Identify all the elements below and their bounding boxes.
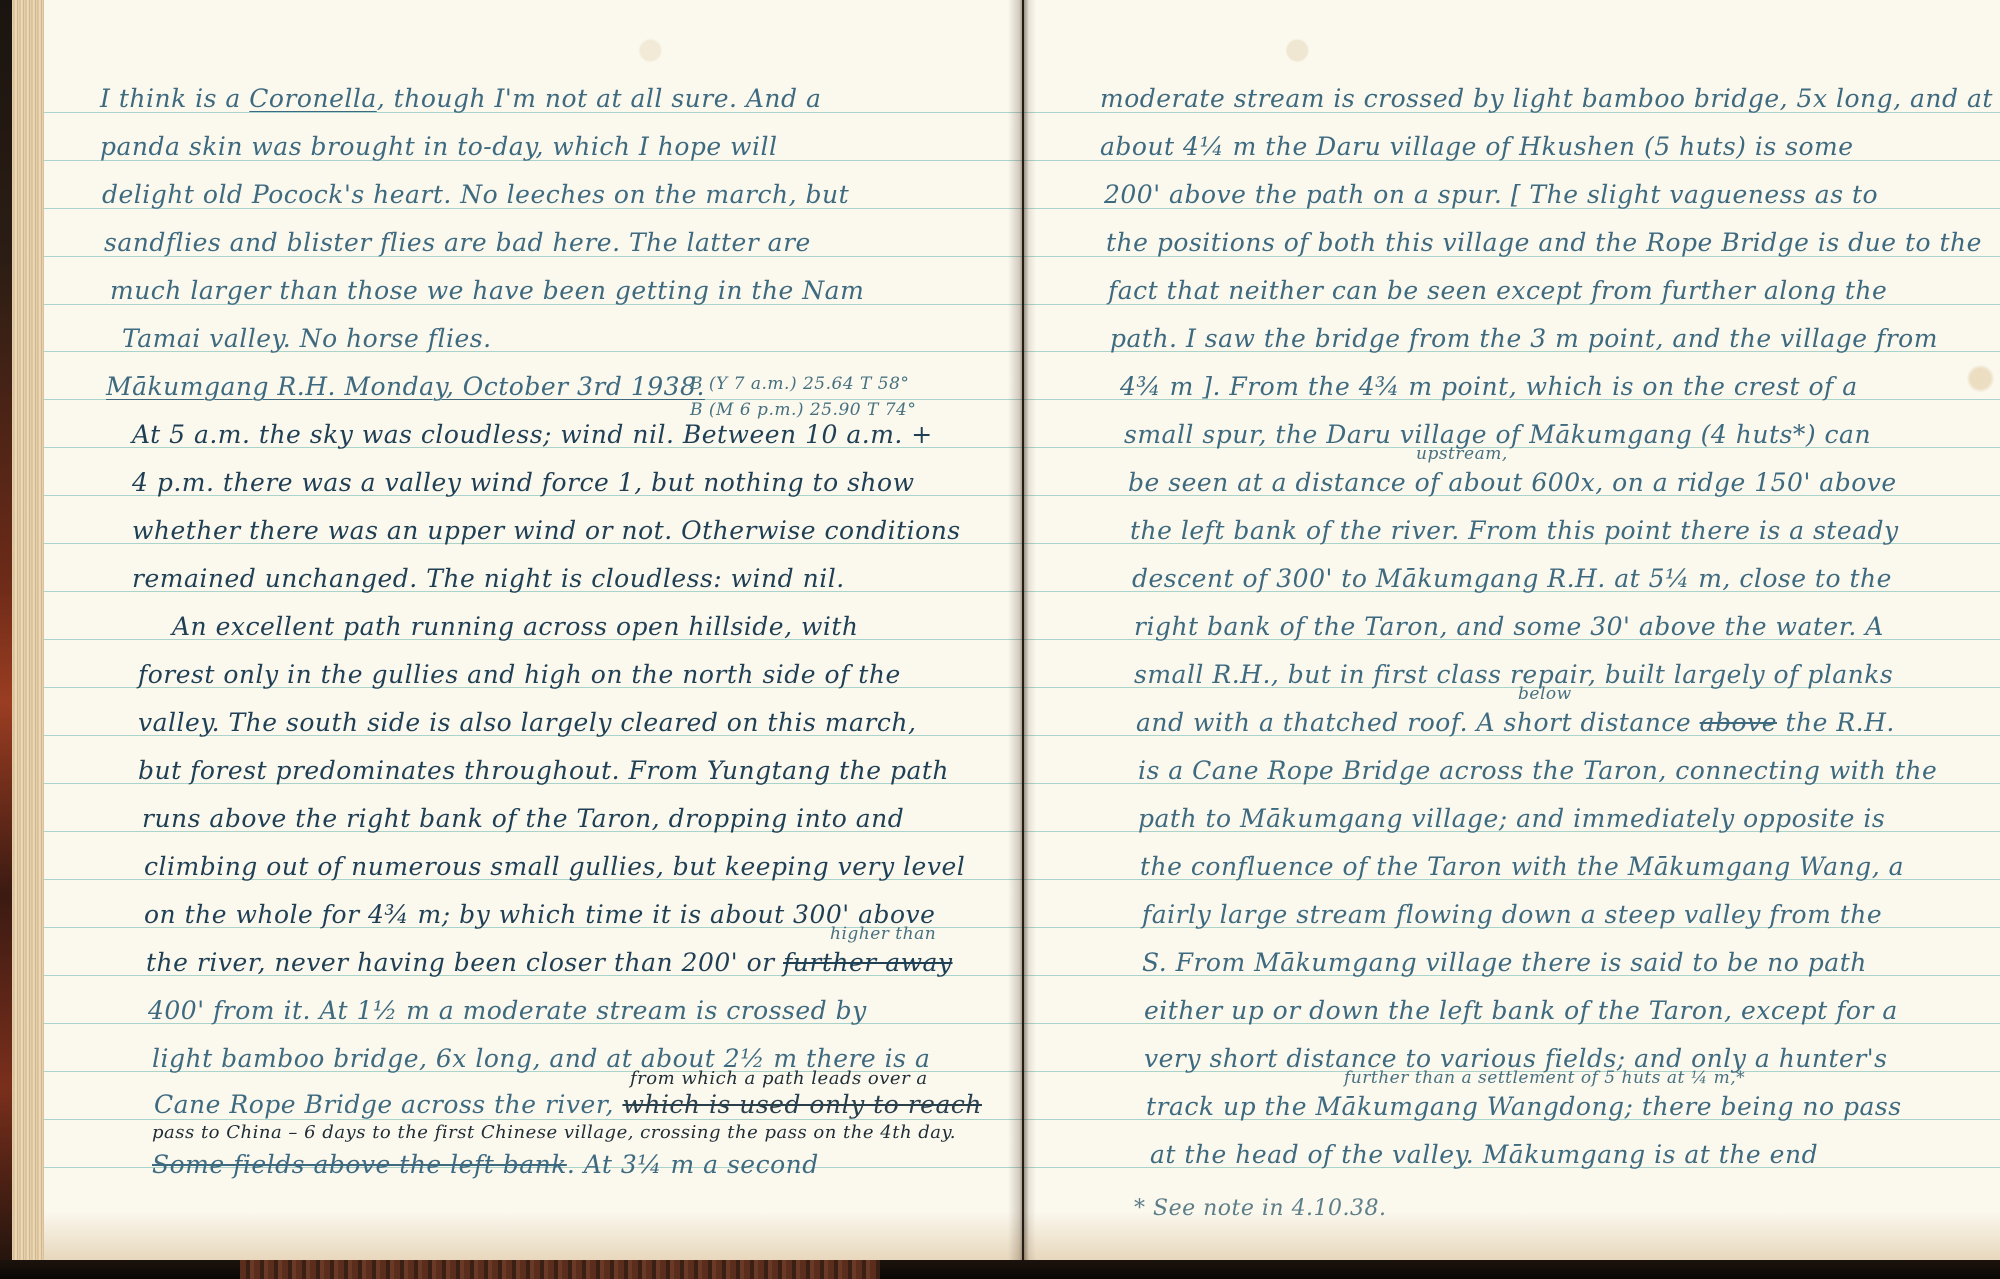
text-line: delight old Pocock's heart. No leeches o… <box>102 180 849 209</box>
text-line: descent of 300' to Mākumgang R.H. at 5¼ … <box>1132 564 1892 593</box>
text-line: track up the Mākumgang Wangdong; there b… <box>1146 1092 1902 1121</box>
text-line: At 5 a.m. the sky was cloudless; wind ni… <box>132 420 933 449</box>
text-line: and with a thatched roof. A short distan… <box>1136 708 1895 737</box>
right-page-text: moderate stream is crossed by light bamb… <box>1024 0 2000 1262</box>
text-line: sandflies and blister flies are bad here… <box>104 228 811 257</box>
text-line: the river, never having been closer than… <box>146 948 953 977</box>
insertion-note: further than a settlement of 5 huts at ¼… <box>1344 1068 1745 1088</box>
struck-text: further away <box>783 948 952 977</box>
insertion-note: upstream, <box>1416 444 1508 464</box>
notebook-spread: I think is a Coronella, though I'm not a… <box>0 0 2000 1279</box>
barometer-reading-evening: B (M 6 p.m.) 25.90 T 74° <box>690 400 916 420</box>
struck-text: above <box>1700 708 1777 737</box>
insertion-note: higher than <box>830 924 936 944</box>
text-line: panda skin was brought in to-day, which … <box>100 132 778 161</box>
underlined-word: Coronella <box>249 84 376 113</box>
text-line: runs above the right bank of the Taron, … <box>142 804 904 833</box>
text-line: An excellent path running across open hi… <box>172 612 859 641</box>
text-fragment: I think is a <box>100 84 249 113</box>
insertion-note: below <box>1518 684 1572 704</box>
text-fragment: the river, never having been closer than… <box>146 948 783 977</box>
text-line: the positions of both this village and t… <box>1106 228 1982 257</box>
text-line: whether there was an upper wind or not. … <box>132 516 961 545</box>
text-line: valley. The south side is also largely c… <box>138 708 916 737</box>
text-line: climbing out of numerous small gullies, … <box>144 852 965 881</box>
left-page: I think is a Coronella, though I'm not a… <box>44 0 1022 1262</box>
text-line: Some fields above the left bank. At 3¼ m… <box>152 1150 819 1179</box>
text-line: path. I saw the bridge from the 3 m poin… <box>1110 324 1938 353</box>
text-line: be seen at a distance of about 600x, on … <box>1128 468 1897 497</box>
book-bottom-edge <box>0 1260 2000 1279</box>
text-fragment: the R.H. <box>1777 708 1895 737</box>
text-line: much larger than those we have been gett… <box>110 276 864 305</box>
footnote: * See note in 4.10.38. <box>1134 1196 1387 1221</box>
text-line: at the head of the valley. Mākumgang is … <box>1150 1140 1818 1169</box>
text-line: moderate stream is crossed by light bamb… <box>1100 84 1993 113</box>
page-edges <box>12 0 46 1262</box>
left-page-text: I think is a Coronella, though I'm not a… <box>44 0 1022 1262</box>
text-line: Cane Rope Bridge across the river, which… <box>154 1090 982 1119</box>
text-line: either up or down the left bank of the T… <box>1144 996 1898 1025</box>
text-line: Tamai valley. No horse flies. <box>122 324 492 353</box>
insertion-note: from which a path leads over a <box>630 1068 928 1089</box>
text-line: fact that neither can be seen except fro… <box>1108 276 1887 305</box>
text-line: on the whole for 4¾ m; by which time it … <box>144 900 935 929</box>
struck-text: Some fields above the left bank <box>152 1150 567 1179</box>
text-line: but forest predominates throughout. From… <box>138 756 949 785</box>
text-line: 200' above the path on a spur. [ The sli… <box>1104 180 1878 209</box>
text-line: I think is a Coronella, though I'm not a… <box>100 84 821 113</box>
barometer-reading-morning: B (Y 7 a.m.) 25.64 T 58° <box>690 374 909 394</box>
text-fragment: , though I'm not at all sure. And a <box>377 84 822 113</box>
text-line: path to Mākumgang village; and immediate… <box>1138 804 1885 833</box>
text-line: S. From Mākumgang village there is said … <box>1142 948 1867 977</box>
text-fragment: . At 3¼ m a second <box>567 1150 819 1179</box>
right-page: moderate stream is crossed by light bamb… <box>1024 0 2000 1262</box>
text-line: the left bank of the river. From this po… <box>1130 516 1899 545</box>
text-line: small R.H., but in first class repair, b… <box>1134 660 1893 689</box>
book-gutter <box>1008 0 1036 1262</box>
entry-heading: Mākumgang R.H. Monday, October 3rd 1938. <box>106 372 705 401</box>
text-line: 400' from it. At 1½ m a moderate stream … <box>148 996 867 1025</box>
text-fragment: and with a thatched roof. A short distan… <box>1136 708 1700 737</box>
text-line: about 4¼ m the Daru village of Hkushen (… <box>1100 132 1854 161</box>
struck-text: which is used only to reach <box>622 1090 982 1119</box>
text-line: right bank of the Taron, and some 30' ab… <box>1134 612 1884 641</box>
text-line: is a Cane Rope Bridge across the Taron, … <box>1138 756 1937 785</box>
marbled-fore-edge <box>240 1260 880 1279</box>
text-line: the confluence of the Taron with the Māk… <box>1140 852 1904 881</box>
text-line: fairly large stream flowing down a steep… <box>1142 900 1882 929</box>
text-line: remained unchanged. The night is cloudle… <box>132 564 845 593</box>
added-line: pass to China – 6 days to the first Chin… <box>152 1122 956 1143</box>
text-line: forest only in the gullies and high on t… <box>138 660 901 689</box>
text-line: 4¾ m ]. From the 4¾ m point, which is on… <box>1120 372 1858 401</box>
text-fragment: Cane Rope Bridge across the river, <box>154 1090 622 1119</box>
text-line: 4 p.m. there was a valley wind force 1, … <box>132 468 914 497</box>
